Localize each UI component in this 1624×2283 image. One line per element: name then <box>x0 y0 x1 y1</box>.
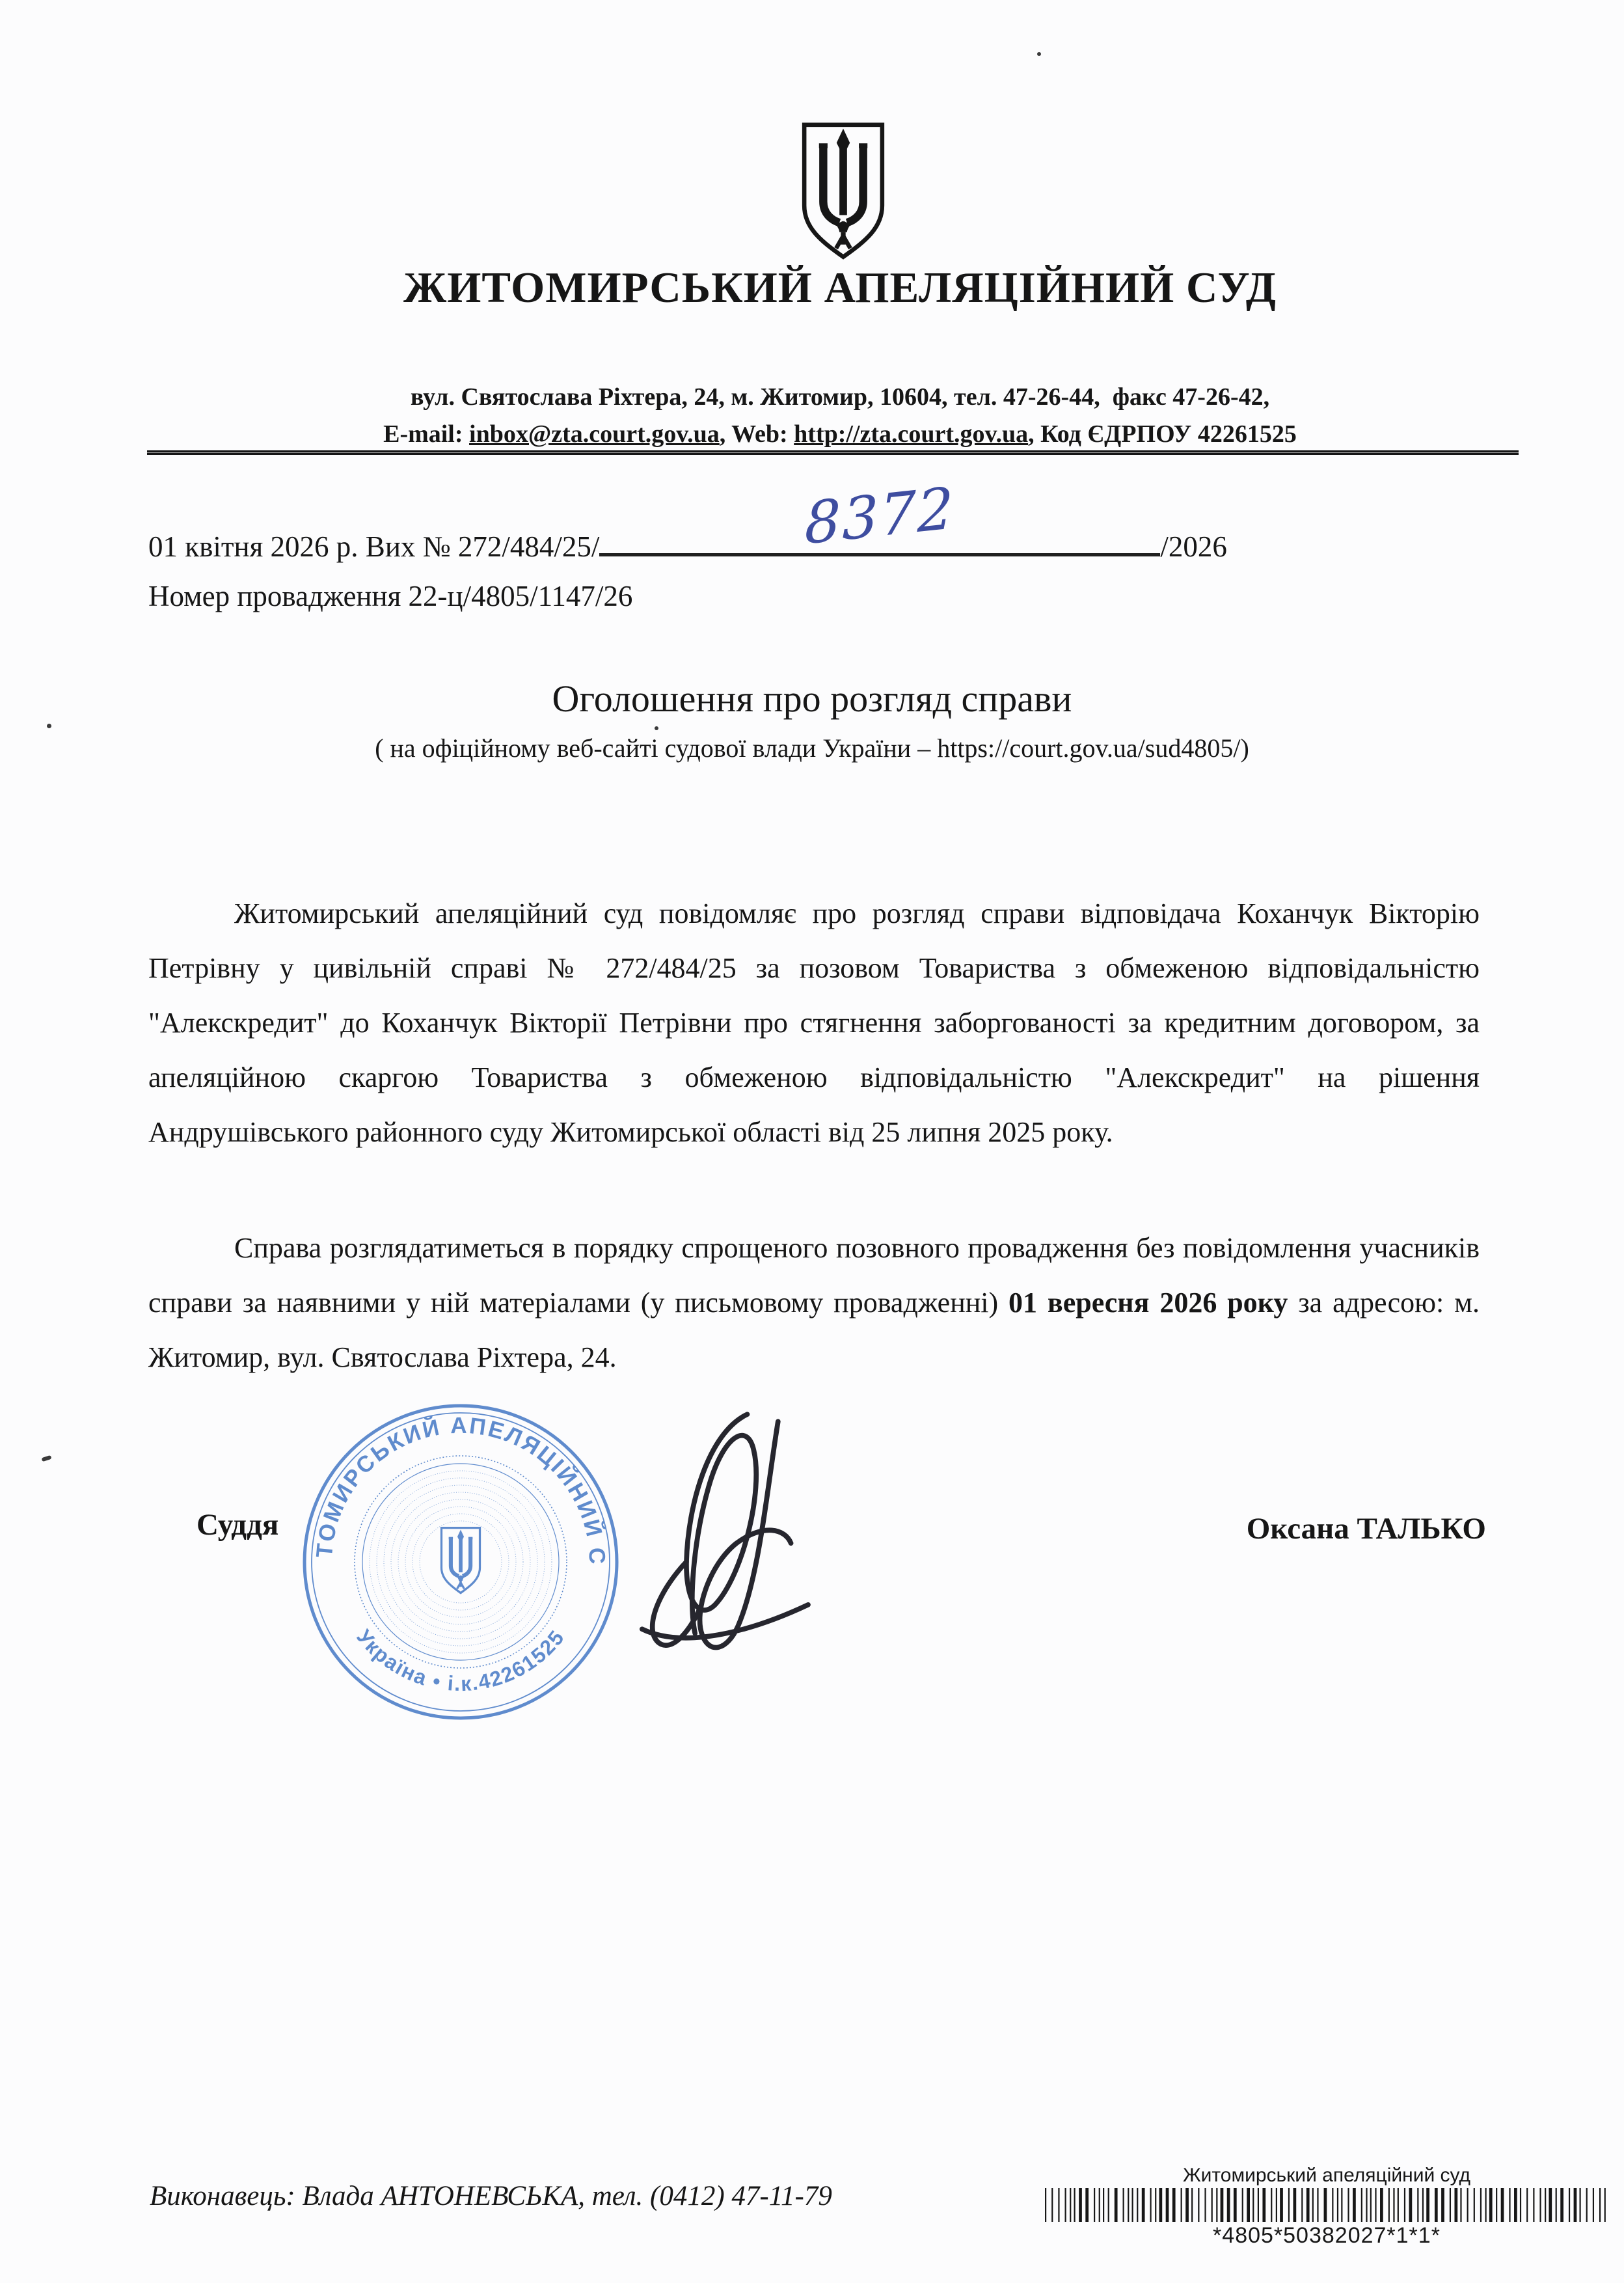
body-paragraph-2: Справа розглядатиметься в порядку спроще… <box>148 1221 1480 1385</box>
outgoing-number-prefix: 01 квітня 2026 р. Вих № 272/484/25/ <box>148 530 599 563</box>
executor-line: Виконавець: Влада АНТОНЕВСЬКА, тел. (041… <box>150 2180 832 2212</box>
ukraine-trident-emblem-icon <box>796 117 891 266</box>
outgoing-number-suffix: /2026 <box>1160 530 1227 563</box>
barcode-value: *4805*50382027*1*1* <box>1045 2223 1608 2249</box>
court-contacts-line: E-mail: inbox@zta.court.gov.ua, Web: htt… <box>0 420 1624 448</box>
judge-role-label: Суддя <box>196 1507 278 1542</box>
outgoing-number-blank-line: 8372 <box>599 521 1160 556</box>
court-address-line: вул. Святослава Ріхтера, 24, м. Житомир,… <box>0 383 1624 411</box>
court-round-stamp: ЖИТОМИРСЬКИЙ АПЕЛЯЦІЙНИЙ СУД Україна • і… <box>298 1399 623 1725</box>
scan-speck <box>1037 52 1041 56</box>
body-paragraph-1: Житомирський апеляційний суд повідомляє … <box>148 886 1480 1160</box>
contacts-mid: , Web: <box>720 420 794 448</box>
document-subtitle: ( на офіційному веб-сайті судової влади … <box>0 733 1624 763</box>
scanned-court-document-page: ЖИТОМИРСЬКИЙ АПЕЛЯЦІЙНИЙ СУД вул. Святос… <box>0 0 1624 2283</box>
judge-name: Оксана ТАЛЬКО <box>1247 1511 1486 1546</box>
reference-block: 01 квітня 2026 р. Вих № 272/484/25/8372/… <box>148 521 1482 616</box>
document-title: Оголошення про розгляд справи <box>0 677 1624 720</box>
scan-speck <box>41 1455 51 1462</box>
court-name-heading: ЖИТОМИРСЬКИЙ АПЕЛЯЦІЙНИЙ СУД <box>0 263 1624 313</box>
court-website: http://zta.court.gov.ua <box>794 420 1028 448</box>
stamp-trident-icon <box>441 1528 480 1593</box>
header-divider-rule <box>147 450 1519 455</box>
barcode-label: Житомирський апеляційний суд <box>1045 2165 1608 2187</box>
court-email: inbox@zta.court.gov.ua <box>469 420 720 448</box>
barcode-icon <box>1045 2188 1608 2222</box>
contacts-suffix: , Код ЄДРПОУ 42261525 <box>1028 420 1297 448</box>
contacts-prefix: E-mail: <box>383 420 469 448</box>
scan-speck <box>47 724 51 728</box>
handwritten-outgoing-number: 8372 <box>805 488 955 545</box>
barcode-block: Житомирський апеляційний суд *4805*50382… <box>1045 2165 1608 2249</box>
hearing-date-bold: 01 вересня 2026 року <box>1008 1287 1288 1319</box>
scan-speck <box>655 726 658 730</box>
proceeding-number-line: Номер провадження 22-ц/4805/1147/26 <box>148 576 1482 616</box>
judge-handwritten-signature <box>597 1391 819 1678</box>
outgoing-number-line: 01 квітня 2026 р. Вих № 272/484/25/8372/… <box>148 521 1482 567</box>
